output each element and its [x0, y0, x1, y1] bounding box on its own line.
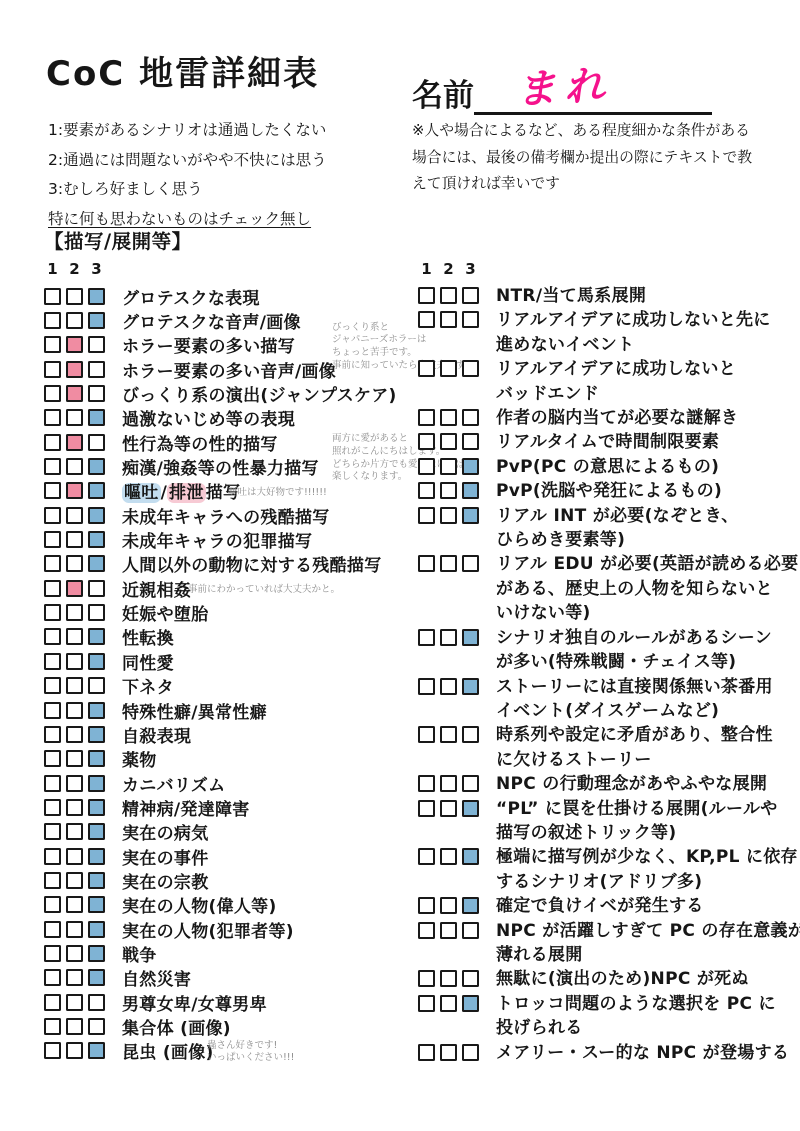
checkbox-1[interactable]	[44, 312, 61, 329]
checkbox-1[interactable]	[418, 897, 435, 914]
checkbox-2[interactable]	[66, 921, 83, 938]
label-line: 描写の叙述トリック等)	[496, 821, 778, 845]
checkbox-2[interactable]	[440, 409, 457, 426]
checklist-row: 妊娠や堕胎	[44, 600, 414, 624]
checkbox-1[interactable]	[418, 995, 435, 1012]
legend-line-3: 3:むしろ好ましく思う	[48, 175, 327, 205]
label-line: トロッコ問題のような選択を PC に	[496, 992, 776, 1016]
checkbox-2[interactable]	[66, 750, 83, 767]
checkbox-2[interactable]	[66, 580, 83, 597]
rating-boxes	[418, 433, 484, 450]
item-label: リアルタイムで時間制限要素	[496, 430, 719, 454]
checkbox-3[interactable]	[462, 311, 479, 328]
label-line: 確定で負けイベが発生する	[496, 894, 704, 918]
checklist-row: 実在の人物(犯罪者等)	[44, 917, 414, 941]
checkbox-2[interactable]	[440, 726, 457, 743]
checkbox-1[interactable]	[418, 433, 435, 450]
checklist-row: 下ネタ	[44, 674, 414, 698]
checklist-row: 無駄に(演出のため)NPC が死ぬ	[418, 967, 796, 991]
checkbox-2[interactable]	[440, 678, 457, 695]
label-line: いけない等)	[496, 601, 798, 625]
checkbox-3[interactable]	[462, 507, 479, 524]
checkbox-3[interactable]	[88, 750, 105, 767]
label-line: “PL” に罠を仕掛ける展開(ルールや	[496, 797, 778, 821]
checkbox-2[interactable]	[440, 482, 457, 499]
checkbox-2[interactable]	[66, 361, 83, 378]
label-line: 投げられる	[496, 1016, 776, 1040]
checkbox-3[interactable]	[462, 678, 479, 695]
label-line: 無駄に(演出のため)NPC が死ぬ	[496, 967, 749, 991]
highlighted-text: 排泄	[167, 483, 206, 503]
checkbox-2[interactable]	[440, 507, 457, 524]
checkbox-3[interactable]	[88, 823, 105, 840]
checkbox-2[interactable]	[66, 677, 83, 694]
checkbox-2[interactable]	[66, 823, 83, 840]
checkbox-3[interactable]	[462, 409, 479, 426]
checklist-row: ストーリーには直接関係無い茶番用イベント(ダイスゲームなど)	[418, 675, 796, 724]
checkbox-2[interactable]	[66, 945, 83, 962]
rating-boxes	[418, 311, 484, 328]
item-label: グロテスクな表現	[122, 284, 260, 309]
checkbox-2[interactable]	[66, 555, 83, 572]
rating-boxes	[44, 312, 110, 329]
checklist-row: 確定で負けイベが発生する	[418, 894, 796, 918]
checklist-row: 極端に描写例が少なく、KP,PL に依存するシナリオ(アドリブ多)	[418, 845, 796, 894]
checkbox-2[interactable]	[66, 702, 83, 719]
item-label: 性転換	[122, 624, 174, 649]
checklist-row: 人間以外の動物に対する残酷描写	[44, 552, 414, 576]
rating-boxes	[418, 409, 484, 426]
rating-boxes	[418, 970, 484, 987]
checkbox-1[interactable]	[44, 969, 61, 986]
checkbox-1[interactable]	[44, 945, 61, 962]
checkbox-1[interactable]	[44, 994, 61, 1011]
checklist-row: トロッコ問題のような選択を PC に投げられる	[418, 992, 796, 1041]
checkbox-2[interactable]	[66, 507, 83, 524]
checklist-row: 特殊性癖/異常性癖	[44, 698, 414, 722]
checkbox-2[interactable]	[440, 1044, 457, 1061]
checkbox-3[interactable]	[88, 336, 105, 353]
section-title: 【描写/展開等】	[44, 226, 192, 254]
checkbox-2[interactable]	[66, 799, 83, 816]
checklist-column-right: 123 NTR/当て馬系展開リアルアイデアに成功しないと先に進めないイベントリア…	[418, 260, 796, 1065]
checkbox-1[interactable]	[44, 507, 61, 524]
legend-line-2: 2:通過には問題ないがやや不快には思う	[48, 146, 327, 176]
rating-boxes	[418, 1044, 484, 1061]
item-label: ホラー要素の多い描写	[122, 332, 295, 357]
checkbox-1[interactable]	[44, 604, 61, 621]
rating-boxes	[44, 531, 110, 548]
checklist-row: 男尊女卑/女尊男卑	[44, 990, 414, 1014]
header-note-line-3: えて頂ければ幸いです	[412, 171, 784, 198]
checkbox-1[interactable]	[44, 434, 61, 451]
label-line: リアル INT が必要(なぞとき、	[496, 504, 739, 528]
item-label: 自殺表現	[122, 722, 191, 747]
rating-boxes	[418, 848, 484, 865]
checkbox-2[interactable]	[440, 287, 457, 304]
checkbox-3[interactable]	[462, 458, 479, 475]
item-label: 実在の病気	[122, 819, 209, 844]
checklist-row: 精神病/発達障害	[44, 795, 414, 819]
item-label: メアリー・スー的な NPC が登場する	[496, 1041, 789, 1065]
checklist-row: リアルタイムで時間制限要素	[418, 430, 796, 454]
checklist-row: NTR/当て馬系展開	[418, 284, 796, 308]
checkbox-2[interactable]	[440, 360, 457, 377]
label-line: に欠けるストーリー	[496, 748, 773, 772]
rating-boxes	[44, 604, 110, 621]
highlighted-text: 嘔吐	[122, 483, 161, 503]
label-line: 進めないイベント	[496, 333, 771, 357]
label-line: リアルアイデアに成功しないと先に	[496, 308, 771, 332]
checkbox-2[interactable]	[440, 629, 457, 646]
name-label: 名前	[412, 78, 474, 114]
checkbox-1[interactable]	[418, 507, 435, 524]
item-label: グロテスクな音声/画像	[122, 308, 301, 333]
label-line: バッドエンド	[496, 382, 736, 406]
checkbox-1[interactable]	[418, 970, 435, 987]
checkbox-3[interactable]	[88, 482, 105, 499]
checkbox-1[interactable]	[44, 775, 61, 792]
checkbox-3[interactable]	[462, 1044, 479, 1061]
item-label: リアルアイデアに成功しないと先に進めないイベント	[496, 308, 771, 357]
checkbox-3[interactable]	[88, 848, 105, 865]
rating-boxes	[418, 678, 484, 695]
rating-boxes	[44, 775, 110, 792]
item-label: 同性愛	[122, 649, 174, 674]
checkbox-1[interactable]	[44, 385, 61, 402]
checkbox-3[interactable]	[462, 897, 479, 914]
item-label: 実在の事件	[122, 844, 209, 869]
checkbox-2[interactable]	[66, 872, 83, 889]
checkbox-1[interactable]	[44, 1042, 61, 1059]
checkbox-1[interactable]	[44, 677, 61, 694]
label-line: リアルタイムで時間制限要素	[496, 430, 719, 454]
rating-boxes	[418, 458, 484, 475]
item-label: 下ネタ	[122, 673, 174, 698]
item-label: トロッコ問題のような選択を PC に投げられる	[496, 992, 776, 1041]
checkbox-1[interactable]	[418, 848, 435, 865]
label-line: イベント(ダイスゲームなど)	[496, 699, 773, 723]
checklist-row: 自然災害	[44, 966, 414, 990]
checkbox-2[interactable]	[440, 311, 457, 328]
checkbox-3[interactable]	[462, 287, 479, 304]
checkbox-1[interactable]	[44, 361, 61, 378]
checkbox-2[interactable]	[440, 458, 457, 475]
checkbox-3[interactable]	[88, 531, 105, 548]
checkbox-2[interactable]	[66, 1018, 83, 1035]
checkbox-2[interactable]	[440, 995, 457, 1012]
rating-boxes	[44, 361, 110, 378]
checkbox-2[interactable]	[66, 1042, 83, 1059]
checkbox-3[interactable]	[88, 458, 105, 475]
checkbox-2[interactable]	[440, 922, 457, 939]
checkbox-1[interactable]	[418, 629, 435, 646]
annotation-note: 蟲さん好きです!いっぱいください!!!	[207, 1040, 294, 1066]
item-label: 実在の人物(犯罪者等)	[122, 917, 294, 942]
label-line: メアリー・スー的な NPC が登場する	[496, 1041, 789, 1065]
item-label: 実在の人物(偉人等)	[122, 892, 277, 917]
checkbox-3[interactable]	[88, 1018, 105, 1035]
checkbox-3[interactable]	[462, 848, 479, 865]
checklist-row: PvP(PC の意思によるもの)	[418, 455, 796, 479]
checkbox-1[interactable]	[44, 799, 61, 816]
checkbox-2[interactable]	[440, 800, 457, 817]
rating-boxes	[418, 775, 484, 792]
rating-boxes	[44, 1018, 110, 1035]
checkbox-3[interactable]	[462, 995, 479, 1012]
rating-boxes	[418, 507, 484, 524]
item-label: ホラー要素の多い音声/画像	[122, 357, 336, 382]
item-label: びっくり系の演出(ジャンプスケア)	[122, 381, 397, 406]
checkbox-1[interactable]	[418, 311, 435, 328]
rating-legend: 1:要素があるシナリオは通過したくない 2:通過には問題ないがやや不快には思う …	[48, 116, 327, 234]
item-label: 時系列や設定に矛盾があり、整合性に欠けるストーリー	[496, 723, 773, 772]
item-label: 実在の宗教	[122, 868, 209, 893]
label-line: NTR/当て馬系展開	[496, 284, 646, 308]
checkbox-1[interactable]	[418, 1044, 435, 1061]
item-label: 未成年キャラの犯罪描写	[122, 527, 312, 552]
checkbox-1[interactable]	[418, 482, 435, 499]
checklist-row: 集合体 (画像)	[44, 1014, 414, 1038]
checkbox-2[interactable]	[66, 385, 83, 402]
checkbox-3[interactable]	[88, 969, 105, 986]
checkbox-1[interactable]	[44, 653, 61, 670]
checkbox-1[interactable]	[418, 555, 435, 572]
checklist-row: ホラー要素の多い描写びっくり系とジャパニーズホラーはちょっと苦手です。事前に知っ…	[44, 333, 414, 357]
item-label: リアルアイデアに成功しないとバッドエンド	[496, 357, 736, 406]
checkbox-2[interactable]	[66, 775, 83, 792]
checkbox-3[interactable]	[462, 800, 479, 817]
checkbox-2[interactable]	[66, 409, 83, 426]
checkbox-1[interactable]	[418, 922, 435, 939]
checkbox-3[interactable]	[462, 482, 479, 499]
checkbox-3[interactable]	[462, 970, 479, 987]
checkbox-2[interactable]	[66, 726, 83, 743]
checkbox-3[interactable]	[88, 726, 105, 743]
checkbox-3[interactable]	[88, 702, 105, 719]
item-label: PvP(PC の意思によるもの)	[496, 455, 719, 479]
checkbox-2[interactable]	[66, 604, 83, 621]
checkbox-2[interactable]	[440, 775, 457, 792]
checklist-row: PvP(洗脳や発狂によるもの)	[418, 479, 796, 503]
checkbox-3[interactable]	[462, 775, 479, 792]
checkbox-2[interactable]	[66, 482, 83, 499]
rating-boxes	[418, 482, 484, 499]
rating-boxes	[44, 653, 110, 670]
scale-header-left: 123	[44, 260, 414, 282]
label-line: がある、歴史上の人物を知らないと	[496, 577, 798, 601]
checklist-row: 未成年キャラの犯罪描写	[44, 527, 414, 551]
rating-boxes	[418, 360, 484, 377]
item-label: 集合体 (画像)	[122, 1014, 231, 1039]
checkbox-2[interactable]	[440, 555, 457, 572]
checklist-rows-left: グロテスクな表現グロテスクな音声/画像ホラー要素の多い描写びっくり系とジャパニー…	[44, 284, 414, 1063]
checkbox-1[interactable]	[44, 458, 61, 475]
checkbox-1[interactable]	[44, 823, 61, 840]
item-label: NPC の行動理念があやふやな展開	[496, 772, 767, 796]
checkbox-1[interactable]	[418, 775, 435, 792]
item-label: 痴漢/強姦等の性暴力描写	[122, 454, 319, 479]
checkbox-1[interactable]	[44, 482, 61, 499]
checkbox-1[interactable]	[44, 896, 61, 913]
checkbox-1[interactable]	[44, 921, 61, 938]
item-label: “PL” に罠を仕掛ける展開(ルールや描写の叙述トリック等)	[496, 797, 778, 846]
checkbox-2[interactable]	[66, 312, 83, 329]
checkbox-3[interactable]	[88, 896, 105, 913]
name-handwritten-value: まれ	[515, 54, 614, 116]
item-label: 嘔吐/排泄描写	[122, 478, 240, 503]
rating-boxes	[44, 823, 110, 840]
checklist-row: 昆虫 (画像)蟲さん好きです!いっぱいください!!!	[44, 1039, 414, 1063]
item-label: 確定で負けイベが発生する	[496, 894, 704, 918]
checkbox-3[interactable]	[88, 361, 105, 378]
checkbox-1[interactable]	[44, 288, 61, 305]
checkbox-3[interactable]	[88, 434, 105, 451]
checkbox-2[interactable]	[66, 434, 83, 451]
checklist-row: 近親相姦事前にわかっていれば大丈夫かと。	[44, 576, 414, 600]
checklist-row: リアルアイデアに成功しないとバッドエンド	[418, 357, 796, 406]
checkbox-3[interactable]	[88, 288, 105, 305]
item-label: 戦争	[122, 941, 157, 966]
checkbox-3[interactable]	[88, 775, 105, 792]
checkbox-3[interactable]	[88, 385, 105, 402]
checkbox-1[interactable]	[418, 678, 435, 695]
checkbox-3[interactable]	[462, 433, 479, 450]
rating-boxes	[44, 409, 110, 426]
checkbox-2[interactable]	[66, 288, 83, 305]
checkbox-1[interactable]	[44, 336, 61, 353]
checkbox-1[interactable]	[44, 409, 61, 426]
checkbox-1[interactable]	[44, 702, 61, 719]
label-line: 作者の脳内当てが必要な謎解き	[496, 406, 738, 430]
scale-header-right: 123	[418, 260, 796, 282]
checkbox-1[interactable]	[44, 555, 61, 572]
checkbox-3[interactable]	[88, 409, 105, 426]
item-label: 人間以外の動物に対する残酷描写	[122, 551, 382, 576]
checkbox-1[interactable]	[418, 360, 435, 377]
scale-3: 3	[88, 260, 105, 278]
rating-boxes	[44, 896, 110, 913]
checkbox-2[interactable]	[440, 848, 457, 865]
checkbox-3[interactable]	[88, 677, 105, 694]
label-line: リアル EDU が必要(英語が読める必要	[496, 552, 798, 576]
name-underline[interactable]: まれ	[474, 68, 712, 115]
rating-boxes	[44, 385, 110, 402]
checkbox-2[interactable]	[66, 531, 83, 548]
checkbox-2[interactable]	[66, 628, 83, 645]
checkbox-1[interactable]	[44, 1018, 61, 1035]
rating-boxes	[44, 507, 110, 524]
item-label: 昆虫 (画像)	[122, 1038, 214, 1063]
label-line: 時系列や設定に矛盾があり、整合性	[496, 723, 773, 747]
checklist-row: 薬物	[44, 747, 414, 771]
checklist-row: 性転換	[44, 625, 414, 649]
checkbox-2[interactable]	[66, 653, 83, 670]
label-line: が多い(特殊戦闘・チェイス等)	[496, 650, 772, 674]
checklist-row: ホラー要素の多い音声/画像	[44, 357, 414, 381]
item-label: ストーリーには直接関係無い茶番用イベント(ダイスゲームなど)	[496, 675, 773, 724]
name-field[interactable]: 名前まれ	[412, 68, 712, 115]
checkbox-3[interactable]	[462, 726, 479, 743]
checklist-row: 自殺表現	[44, 722, 414, 746]
checklist-row: リアルアイデアに成功しないと先に進めないイベント	[418, 308, 796, 357]
label-line: PvP(洗脳や発狂によるもの)	[496, 479, 722, 503]
checkbox-3[interactable]	[88, 994, 105, 1011]
item-label: 精神病/発達障害	[122, 795, 250, 820]
checkbox-3[interactable]	[88, 555, 105, 572]
checklist-row: リアル INT が必要(なぞとき、ひらめき要素等)	[418, 504, 796, 553]
checkbox-2[interactable]	[66, 336, 83, 353]
checklist-row: 未成年キャラへの残酷描写	[44, 503, 414, 527]
checkbox-2[interactable]	[66, 896, 83, 913]
rating-boxes	[418, 629, 484, 646]
checkbox-2[interactable]	[440, 897, 457, 914]
scale-1: 1	[44, 260, 61, 278]
checkbox-3[interactable]	[88, 945, 105, 962]
page-title: CoC 地雷詳細表	[46, 46, 319, 95]
scale-1: 1	[418, 260, 435, 278]
checkbox-1[interactable]	[44, 750, 61, 767]
legend-line-1: 1:要素があるシナリオは通過したくない	[48, 116, 327, 146]
rating-boxes	[418, 995, 484, 1012]
checkbox-3[interactable]	[88, 507, 105, 524]
checkbox-3[interactable]	[88, 799, 105, 816]
checkbox-1[interactable]	[44, 580, 61, 597]
checkbox-2[interactable]	[66, 458, 83, 475]
checkbox-1[interactable]	[44, 628, 61, 645]
checkbox-1[interactable]	[418, 800, 435, 817]
checkbox-1[interactable]	[44, 726, 61, 743]
checkbox-3[interactable]	[88, 312, 105, 329]
checkbox-1[interactable]	[418, 726, 435, 743]
checklist-column-left: 123 グロテスクな表現グロテスクな音声/画像ホラー要素の多い描写びっくり系とジ…	[44, 260, 414, 1063]
checkbox-1[interactable]	[418, 287, 435, 304]
checkbox-3[interactable]	[462, 360, 479, 377]
checkbox-3[interactable]	[88, 580, 105, 597]
checkbox-3[interactable]	[88, 628, 105, 645]
checkbox-2[interactable]	[440, 970, 457, 987]
checkbox-1[interactable]	[418, 409, 435, 426]
checkbox-3[interactable]	[88, 653, 105, 670]
checkbox-2[interactable]	[66, 994, 83, 1011]
checklist-row: 同性愛	[44, 649, 414, 673]
checkbox-3[interactable]	[462, 629, 479, 646]
checkbox-2[interactable]	[440, 433, 457, 450]
item-label: 過激ないじめ等の表現	[122, 405, 295, 430]
checkbox-2[interactable]	[66, 848, 83, 865]
checkbox-1[interactable]	[44, 848, 61, 865]
rating-boxes	[44, 750, 110, 767]
item-label: 特殊性癖/異常性癖	[122, 698, 267, 723]
label-line: するシナリオ(アドリブ多)	[496, 870, 798, 894]
item-label: 作者の脳内当てが必要な謎解き	[496, 406, 738, 430]
checkbox-3[interactable]	[88, 1042, 105, 1059]
checkbox-3[interactable]	[88, 921, 105, 938]
checklist-row: 戦争	[44, 941, 414, 965]
checkbox-1[interactable]	[418, 458, 435, 475]
label-line: ひらめき要素等)	[496, 528, 739, 552]
checkbox-3[interactable]	[88, 604, 105, 621]
checkbox-1[interactable]	[44, 872, 61, 889]
checkbox-3[interactable]	[462, 922, 479, 939]
label-line: NPC が活躍しすぎて PC の存在意義が	[496, 919, 800, 943]
checkbox-1[interactable]	[44, 531, 61, 548]
item-label: 薬物	[122, 746, 157, 771]
annotation-note: 嘔吐は大好物です!!!!!!	[228, 487, 327, 500]
checkbox-3[interactable]	[88, 872, 105, 889]
checkbox-2[interactable]	[66, 969, 83, 986]
checkbox-3[interactable]	[462, 555, 479, 572]
